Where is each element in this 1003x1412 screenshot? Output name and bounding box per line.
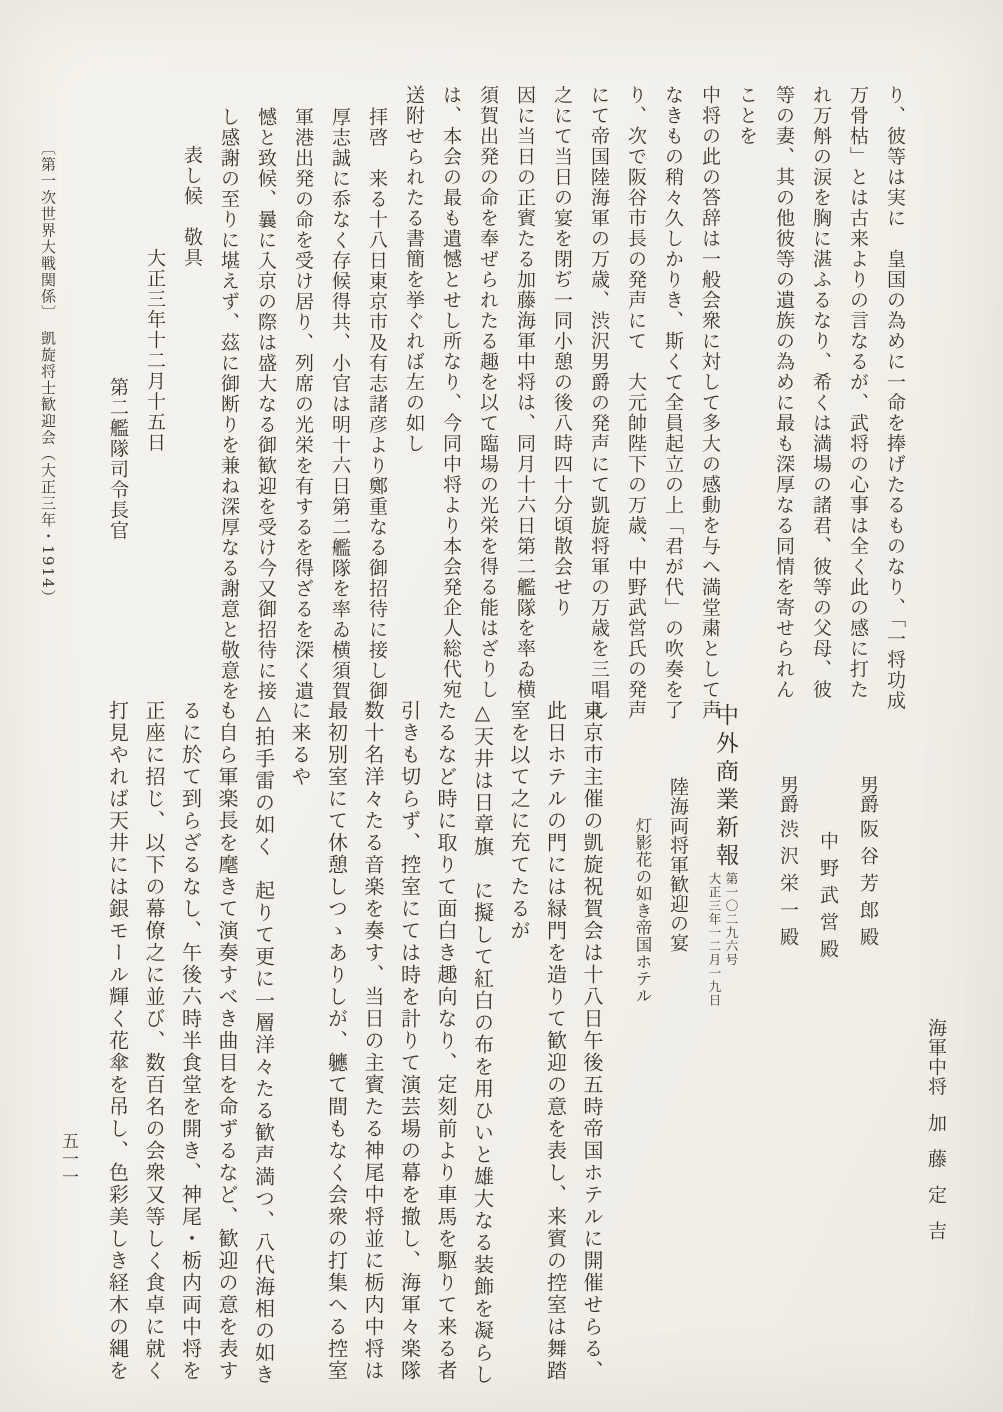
article2-headline-sub: 灯影花の如き帝国ホテル xyxy=(630,817,654,1017)
letter-text-column: 拝啓 来る十八日東京市及有志諸彦より鄭重なる御招待に接し御 xyxy=(358,85,395,753)
text-column: 正座に招じ、以下の幕僚之に並び、数百名の会衆又等しく食卓に就く xyxy=(136,700,173,1412)
letter-addressees: 男爵阪谷芳郎殿 中野武営殿 男爵渋沢栄一殿 xyxy=(768,775,888,980)
letter-text-column: し感謝の至りに堪えず、茲に御断りを兼ね深厚なる謝意と敬意を xyxy=(210,85,247,753)
article1-text-block: り、彼等は実に 皇国の為めに一命を捧げたるものなり、「一将功成 万骨枯」とは古来… xyxy=(99,85,913,753)
text-column: 因に当日の正賓たる加藤海軍中将は、同月十六日第二艦隊を率ゐ横 xyxy=(506,85,543,753)
text-column: 東京市主催の凱旋祝賀会は十八日午後五時帝国ホテルに開催せらる、 xyxy=(574,700,611,1412)
newspaper-date: 大正三年一二月一九日 xyxy=(706,872,723,1037)
letter-text-column: 軍港出発の命を受け居り、列席の光栄を有するを得ざるを深く遺 xyxy=(284,85,321,753)
sender-rank: 海軍中将 xyxy=(925,1018,947,1096)
text-column: △天井は日章旗 に擬して紅白の布を用ひいと雄大なる装飾を凝らし xyxy=(464,700,501,1412)
text-column: れ万斛の涙を胸に湛ふるなり、希くは満場の諸君、彼等の父母、彼 xyxy=(802,85,839,753)
text-column: にて帝国陸海軍の万歳、渋沢男爵の発声にて凱旋将軍の万歳を三唱し xyxy=(580,85,617,753)
newspaper-issue-number: 第一〇二九六号 xyxy=(723,872,740,1037)
addressee-column: 男爵阪谷芳郎殿 xyxy=(848,775,888,980)
text-column: 之にて当日の宴を閉ぢ一同小憩の後八時四十分頃散会せり xyxy=(543,85,580,753)
addressee-honorific-title: 男爵 xyxy=(777,775,799,813)
letter-sender-title: 第二艦隊司令長官 xyxy=(99,85,136,753)
letter-text-column: 厚志誠に忝なく存候得共、小官は明十六日第二艦隊を率ゐ横須賀 xyxy=(321,85,358,753)
text-column: 室を以て之に充てたるが xyxy=(501,700,538,1412)
text-column: は、本会の最も遺憾とせし所なり、今同中将より本会発企人総代宛 xyxy=(432,85,469,753)
text-column: に来るや xyxy=(282,700,319,1412)
page-number: 五一一 xyxy=(56,1132,81,1242)
letter-signature: 海軍中将加藤定吉 xyxy=(923,1018,950,1278)
letter-closing: 表し候 敬具 xyxy=(173,85,210,753)
text-column: 引きも切らず、控室にては時を計りて演芸場の幕を撤し、海軍々楽隊 xyxy=(391,700,428,1412)
text-column: るに於て到らざるなし、午後六時半食堂を開き、神尾・栃内両中将を xyxy=(172,700,209,1412)
text-column: 此日ホテルの門には緑門を造りて歓迎の意を表し、来賓の控室は舞踏 xyxy=(537,700,574,1412)
text-column: 等の妻、其の他彼等の遺族の為めに最も深厚なる同情を寄せられん xyxy=(765,85,802,753)
newspaper-meta: 第一〇二九六号 大正三年一二月一九日 xyxy=(706,872,740,1037)
addressee-honorific-title: 男爵 xyxy=(857,775,879,813)
addressee-column: 男爵渋沢栄一殿 xyxy=(768,775,808,980)
text-column: 須賀出発の命を奉ぜられたる趣を以て臨場の光栄を得る能はざりし xyxy=(469,85,506,753)
addressee-name: 渋沢栄一殿 xyxy=(777,813,799,954)
sender-name: 加藤定吉 xyxy=(925,1096,947,1257)
scanned-book-page: 〔第一次世界大戦関係〕 凱旋将士歓迎会（大正三年・1914） り、彼等は実に 皇… xyxy=(0,0,1003,1412)
text-column: 送附せられたる書簡を挙ぐれば左の如し xyxy=(395,85,432,753)
newspaper-nameplate: 中外商業新報 xyxy=(709,703,742,883)
text-column: 打見やれば天井には銀モール輝く花傘を吊し、色彩美しき経木の縄を xyxy=(99,700,136,1412)
article2-headline-main: 陸海両将軍歓迎の宴 xyxy=(665,777,692,957)
addressee-name: 中野武営殿 xyxy=(817,825,839,966)
text-column: も自ら軍楽長を麾きて演奏すべき曲目を命ずるなど、歓迎の意を表す xyxy=(209,700,246,1412)
text-column: 最初別室にて休憩しつゝありしが、軈て間もなく会衆の打集へる控室 xyxy=(318,700,355,1412)
text-column: 中将の此の答辞は一般会衆に対して多大の感動を与へ満堂粛として声 xyxy=(691,85,728,753)
text-column: 万骨枯」とは古来よりの言なるが、武将の心事は全く此の感に打た xyxy=(839,85,876,753)
text-column: ことを xyxy=(728,85,765,753)
addressee-column: 中野武営殿 xyxy=(808,775,848,980)
letter-text-column: 憾と致候、曩に入京の際は盛大なる御歓迎を受け今又御招待に接 xyxy=(247,85,284,753)
text-column: たるなど時に取りて面白き趣向なり、定刻前より車馬を駆りて来る者 xyxy=(428,700,465,1412)
article2-text-block: 東京市主催の凱旋祝賀会は十八日午後五時帝国ホテルに開催せらる、 此日ホテルの門に… xyxy=(99,700,610,1412)
text-column: り、彼等は実に 皇国の為めに一命を捧げたるものなり、「一将功成 xyxy=(876,85,913,753)
text-column: 数十名洋々たる音楽を奏す、当日の主賓たる神尾中将並に栃内中将は xyxy=(355,700,392,1412)
text-column: △拍手雷の如く 起りて更に一層洋々たる歓声満つ、八代海相の如き xyxy=(245,700,282,1412)
text-column: なきもの稍々久しかりき、斯くて全員起立の上「君が代」の吹奏を了 xyxy=(654,85,691,753)
addressee-name: 阪谷芳郎殿 xyxy=(857,813,879,954)
running-title: 〔第一次世界大戦関係〕 凱旋将士歓迎会（大正三年・1914） xyxy=(38,140,59,680)
letter-date: 大正三年十二月十五日 xyxy=(136,85,173,753)
text-column: り、次で阪谷市長の発声にて 大元帥陛下の万歳、中野武営氏の発声 xyxy=(617,85,654,753)
